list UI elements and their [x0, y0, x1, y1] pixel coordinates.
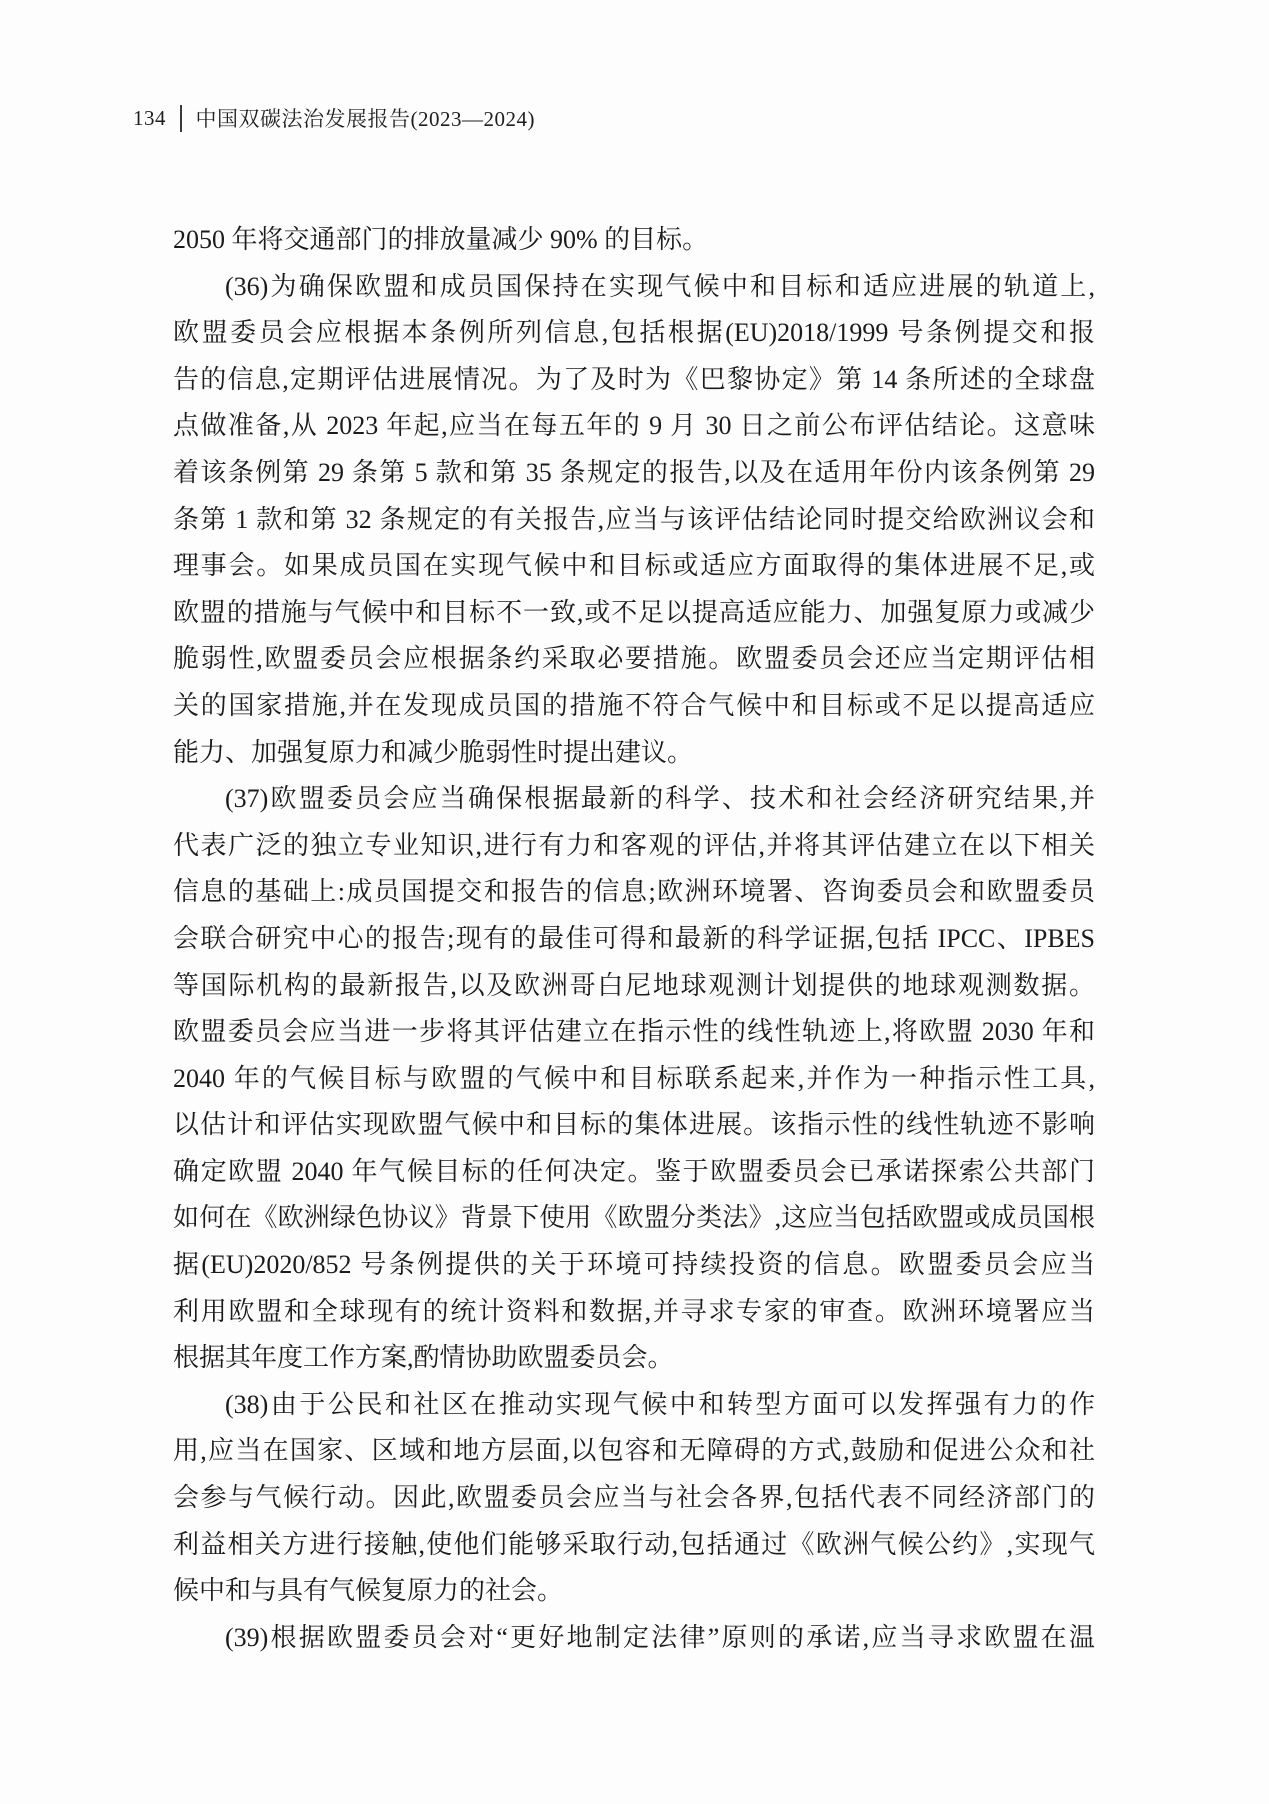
- text-line: 确定欧盟 2040 年气候目标的任何决定。鉴于欧盟委员会已承诺探索公共部门: [173, 1149, 1095, 1196]
- text-line: 代表广泛的独立专业知识,进行有力和客观的评估,并将其评估建立在以下相关: [173, 823, 1095, 870]
- paragraph-37: (37)欧盟委员会应当确保根据最新的科学、技术和社会经济研究结果,并 代表广泛的…: [173, 776, 1095, 1382]
- paragraph-38: (38)由于公民和社区在推动实现气候中和转型方面可以发挥强有力的作 用,应当在国…: [173, 1382, 1095, 1615]
- page-number: 134: [133, 106, 166, 131]
- text-line: 2040 年的气候目标与欧盟的气候中和目标联系起来,并作为一种指示性工具,: [173, 1056, 1095, 1103]
- text-line: 会参与气候行动。因此,欧盟委员会应当与社会各界,包括代表不同经济部门的: [173, 1475, 1095, 1522]
- text-line: 利益相关方进行接触,使他们能够采取行动,包括通过《欧洲气候公约》,实现气: [173, 1522, 1095, 1569]
- text-line: (38)由于公民和社区在推动实现气候中和转型方面可以发挥强有力的作: [173, 1382, 1095, 1429]
- paragraph-continuation: 2050 年将交通部门的排放量减少 90% 的目标。: [173, 217, 1095, 264]
- text-line: 信息的基础上:成员国提交和报告的信息;欧洲环境署、咨询委员会和欧盟委员: [173, 869, 1095, 916]
- text-line: 2050 年将交通部门的排放量减少 90% 的目标。: [173, 217, 1095, 264]
- text-line: 如何在《欧洲绿色协议》背景下使用《欧盟分类法》,这应当包括欧盟或成员国根: [173, 1195, 1095, 1242]
- text-line: 能力、加强复原力和减少脆弱性时提出建议。: [173, 730, 1095, 777]
- text-line: 等国际机构的最新报告,以及欧洲哥白尼地球观测计划提供的地球观测数据。: [173, 963, 1095, 1010]
- text-line: 用,应当在国家、区域和地方层面,以包容和无障碍的方式,鼓励和促进公众和社: [173, 1428, 1095, 1475]
- text-line: (39)根据欧盟委员会对“更好地制定法律”原则的承诺,应当寻求欧盟在温: [173, 1615, 1095, 1662]
- text-line: 点做准备,从 2023 年起,应当在每五年的 9 月 30 日之前公布评估结论。…: [173, 403, 1095, 450]
- book-page: 134 中国双碳法治发展报告(2023—2024) 2050 年将交通部门的排放…: [0, 0, 1269, 1804]
- text-line: 候中和与具有气候复原力的社会。: [173, 1568, 1095, 1615]
- text-line: 关的国家措施,并在发现成员国的措施不符合气候中和目标或不足以提高适应: [173, 683, 1095, 730]
- paragraph-39: (39)根据欧盟委员会对“更好地制定法律”原则的承诺,应当寻求欧盟在温: [173, 1615, 1095, 1662]
- text-line: 根据其年度工作方案,酌情协助欧盟委员会。: [173, 1335, 1095, 1382]
- text-line: 欧盟委员会应根据本条例所列信息,包括根据(EU)2018/1999 号条例提交和…: [173, 310, 1095, 357]
- text-line: 欧盟的措施与气候中和目标不一致,或不足以提高适应能力、加强复原力或减少: [173, 590, 1095, 637]
- text-line: 着该条例第 29 条第 5 款和第 35 条规定的报告,以及在适用年份内该条例第…: [173, 450, 1095, 497]
- page-header: 134 中国双碳法治发展报告(2023—2024): [133, 103, 535, 133]
- text-line: 欧盟委员会应当进一步将其评估建立在指示性的线性轨迹上,将欧盟 2030 年和: [173, 1009, 1095, 1056]
- body-text: 2050 年将交通部门的排放量减少 90% 的目标。 (36)为确保欧盟和成员国…: [173, 217, 1095, 1661]
- header-divider: [180, 105, 182, 132]
- text-line: 会联合研究中心的报告;现有的最佳可得和最新的科学证据,包括 IPCC、IPBES: [173, 916, 1095, 963]
- text-line: 条第 1 款和第 32 条规定的有关报告,应当与该评估结论同时提交给欧洲议会和: [173, 497, 1095, 544]
- paragraph-36: (36)为确保欧盟和成员国保持在实现气候中和目标和适应进展的轨道上, 欧盟委员会…: [173, 264, 1095, 777]
- text-line: 告的信息,定期评估进展情况。为了及时为《巴黎协定》第 14 条所述的全球盘: [173, 357, 1095, 404]
- text-line: (37)欧盟委员会应当确保根据最新的科学、技术和社会经济研究结果,并: [173, 776, 1095, 823]
- text-line: 以估计和评估实现欧盟气候中和目标的集体进展。该指示性的线性轨迹不影响: [173, 1102, 1095, 1149]
- text-line: 脆弱性,欧盟委员会应根据条约采取必要措施。欧盟委员会还应当定期评估相: [173, 636, 1095, 683]
- text-line: 理事会。如果成员国在实现气候中和目标或适应方面取得的集体进展不足,或: [173, 543, 1095, 590]
- text-line: (36)为确保欧盟和成员国保持在实现气候中和目标和适应进展的轨道上,: [173, 264, 1095, 311]
- text-line: 利用欧盟和全球现有的统计资料和数据,并寻求专家的审查。欧洲环境署应当: [173, 1289, 1095, 1336]
- book-title: 中国双碳法治发展报告(2023—2024): [196, 103, 536, 133]
- text-line: 据(EU)2020/852 号条例提供的关于环境可持续投资的信息。欧盟委员会应当: [173, 1242, 1095, 1289]
